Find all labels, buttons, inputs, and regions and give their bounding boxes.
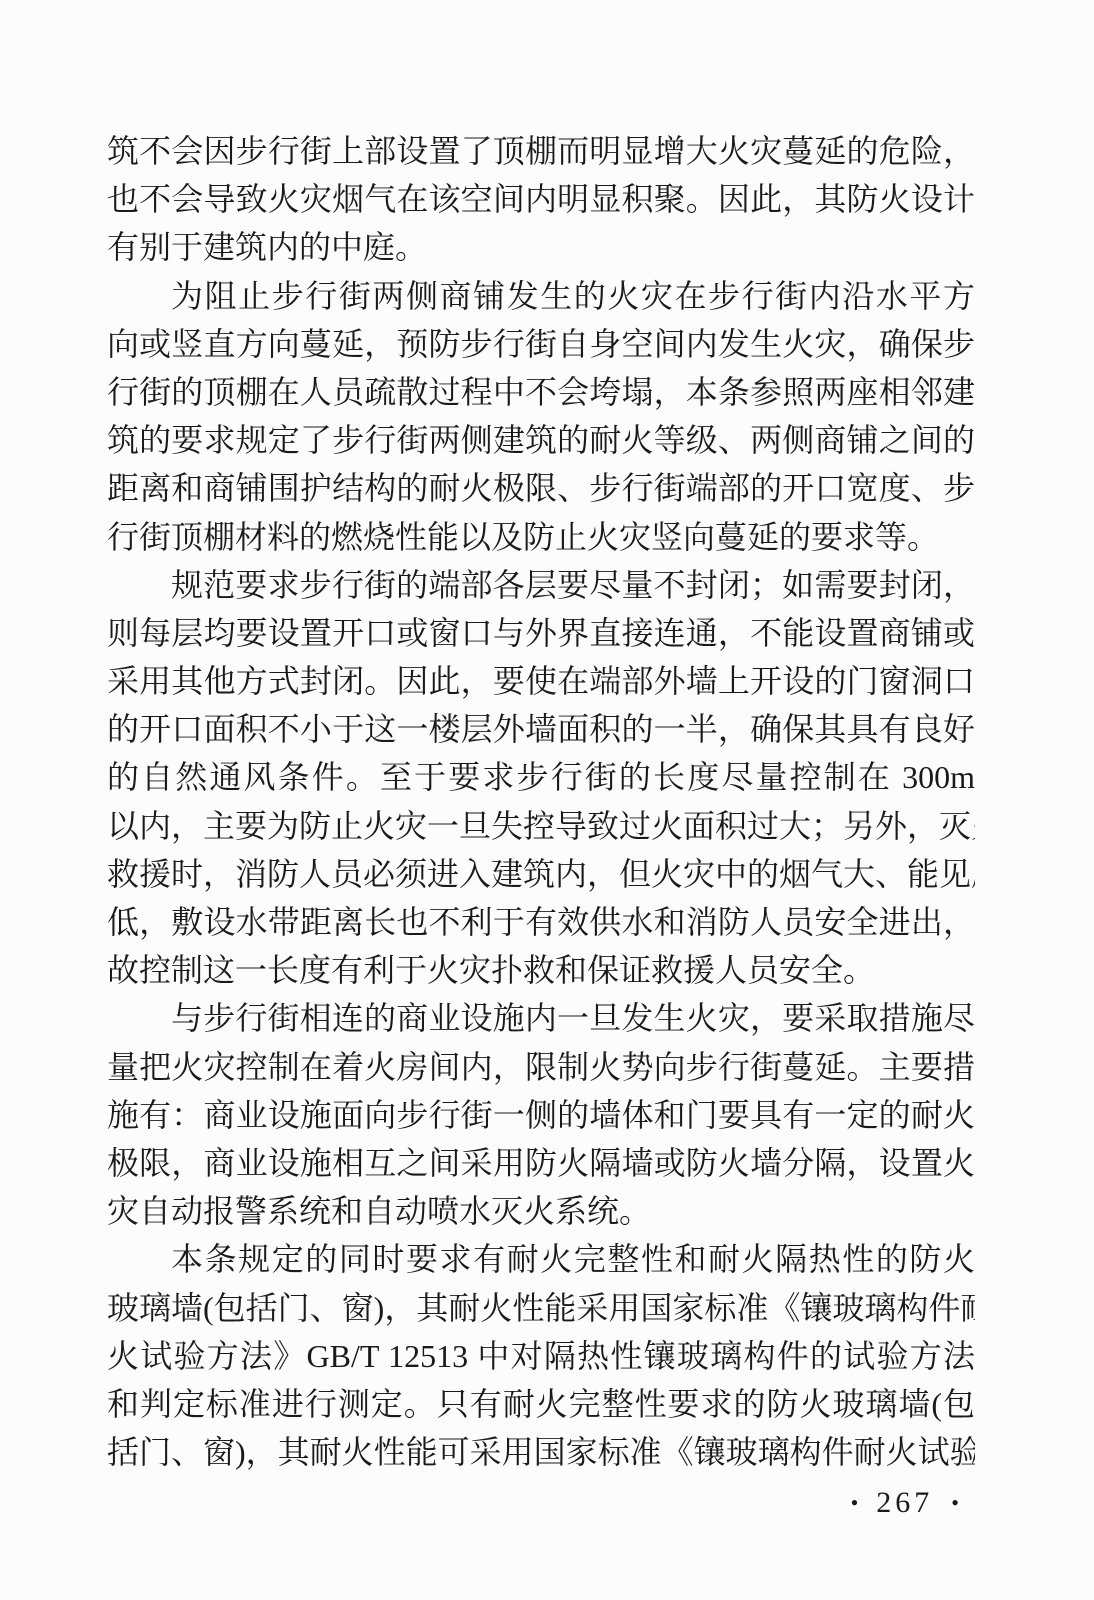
- text-line: 行街顶棚材料的燃烧性能以及防止火灾竖向蔓延的要求等。: [107, 513, 975, 561]
- document-page: 筑不会因步行街上部设置了顶棚而明显增大火灾蔓延的危险，也不会导致火灾烟气在该空间…: [0, 0, 1094, 1600]
- text-line: 距离和商铺围护结构的耐火极限、步行街端部的开口宽度、步: [107, 464, 975, 512]
- text-line: 的自然通风条件。至于要求步行街的长度尽量控制在 300m: [107, 753, 975, 801]
- text-line: 量把火灾控制在着火房间内，限制火势向步行街蔓延。主要措: [107, 1043, 975, 1091]
- footer-bullet-right-icon: •: [951, 1486, 959, 1520]
- text-line: 与步行街相连的商业设施内一旦发生火灾，要采取措施尽: [107, 994, 975, 1042]
- text-line: 筑的要求规定了步行街两侧建筑的耐火等级、两侧商铺之间的: [107, 416, 975, 464]
- text-block: 筑不会因步行街上部设置了顶棚而明显增大火灾蔓延的危险，也不会导致火灾烟气在该空间…: [107, 127, 975, 1476]
- text-line: 采用其他方式封闭。因此，要使在端部外墙上开设的门窗洞口: [107, 657, 975, 705]
- page-number: 267: [876, 1486, 933, 1520]
- text-line: 极限，商业设施相互之间采用防火隔墙或防火墙分隔，设置火: [107, 1139, 975, 1187]
- text-line: 和判定标准进行测定。只有耐火完整性要求的防火玻璃墙(包: [107, 1380, 975, 1428]
- text-line: 的开口面积不小于这一楼层外墙面积的一半，确保其具有良好: [107, 705, 975, 753]
- text-line: 行街的顶棚在人员疏散过程中不会垮塌，本条参照两座相邻建: [107, 368, 975, 416]
- text-line: 火试验方法》GB/T 12513 中对隔热性镶玻璃构件的试验方法: [107, 1332, 975, 1380]
- text-line: 以内，主要为防止火灾一旦失控导致过火面积过大；另外，灭火: [107, 802, 975, 850]
- text-line: 规范要求步行街的端部各层要尽量不封闭；如需要封闭，: [107, 561, 975, 609]
- text-line: 括门、窗)，其耐火性能可采用国家标准《镶玻璃构件耐火试验: [107, 1428, 975, 1476]
- text-line: 施有：商业设施面向步行街一侧的墙体和门要具有一定的耐火: [107, 1091, 975, 1139]
- text-line: 也不会导致火灾烟气在该空间内明显积聚。因此，其防火设计: [107, 175, 975, 223]
- text-line: 故控制这一长度有利于火灾扑救和保证救援人员安全。: [107, 946, 975, 994]
- text-line: 灾自动报警系统和自动喷水灭火系统。: [107, 1187, 975, 1235]
- footer-bullet-left-icon: •: [851, 1486, 859, 1520]
- text-line: 救援时，消防人员必须进入建筑内，但火灾中的烟气大、能见度: [107, 850, 975, 898]
- text-line: 则每层均要设置开口或窗口与外界直接连通，不能设置商铺或: [107, 609, 975, 657]
- text-line: 有别于建筑内的中庭。: [107, 223, 975, 271]
- text-line: 低，敷设水带距离长也不利于有效供水和消防人员安全进出，: [107, 898, 975, 946]
- text-line: 向或竖直方向蔓延，预防步行街自身空间内发生火灾，确保步: [107, 320, 975, 368]
- text-line: 筑不会因步行街上部设置了顶棚而明显增大火灾蔓延的危险，: [107, 127, 975, 175]
- text-line: 本条规定的同时要求有耐火完整性和耐火隔热性的防火: [107, 1235, 975, 1283]
- page-footer: • 267 •: [107, 1486, 975, 1520]
- text-line: 为阻止步行街两侧商铺发生的火灾在步行街内沿水平方: [107, 272, 975, 320]
- text-line: 玻璃墙(包括门、窗)，其耐火性能采用国家标准《镶玻璃构件耐: [107, 1284, 975, 1332]
